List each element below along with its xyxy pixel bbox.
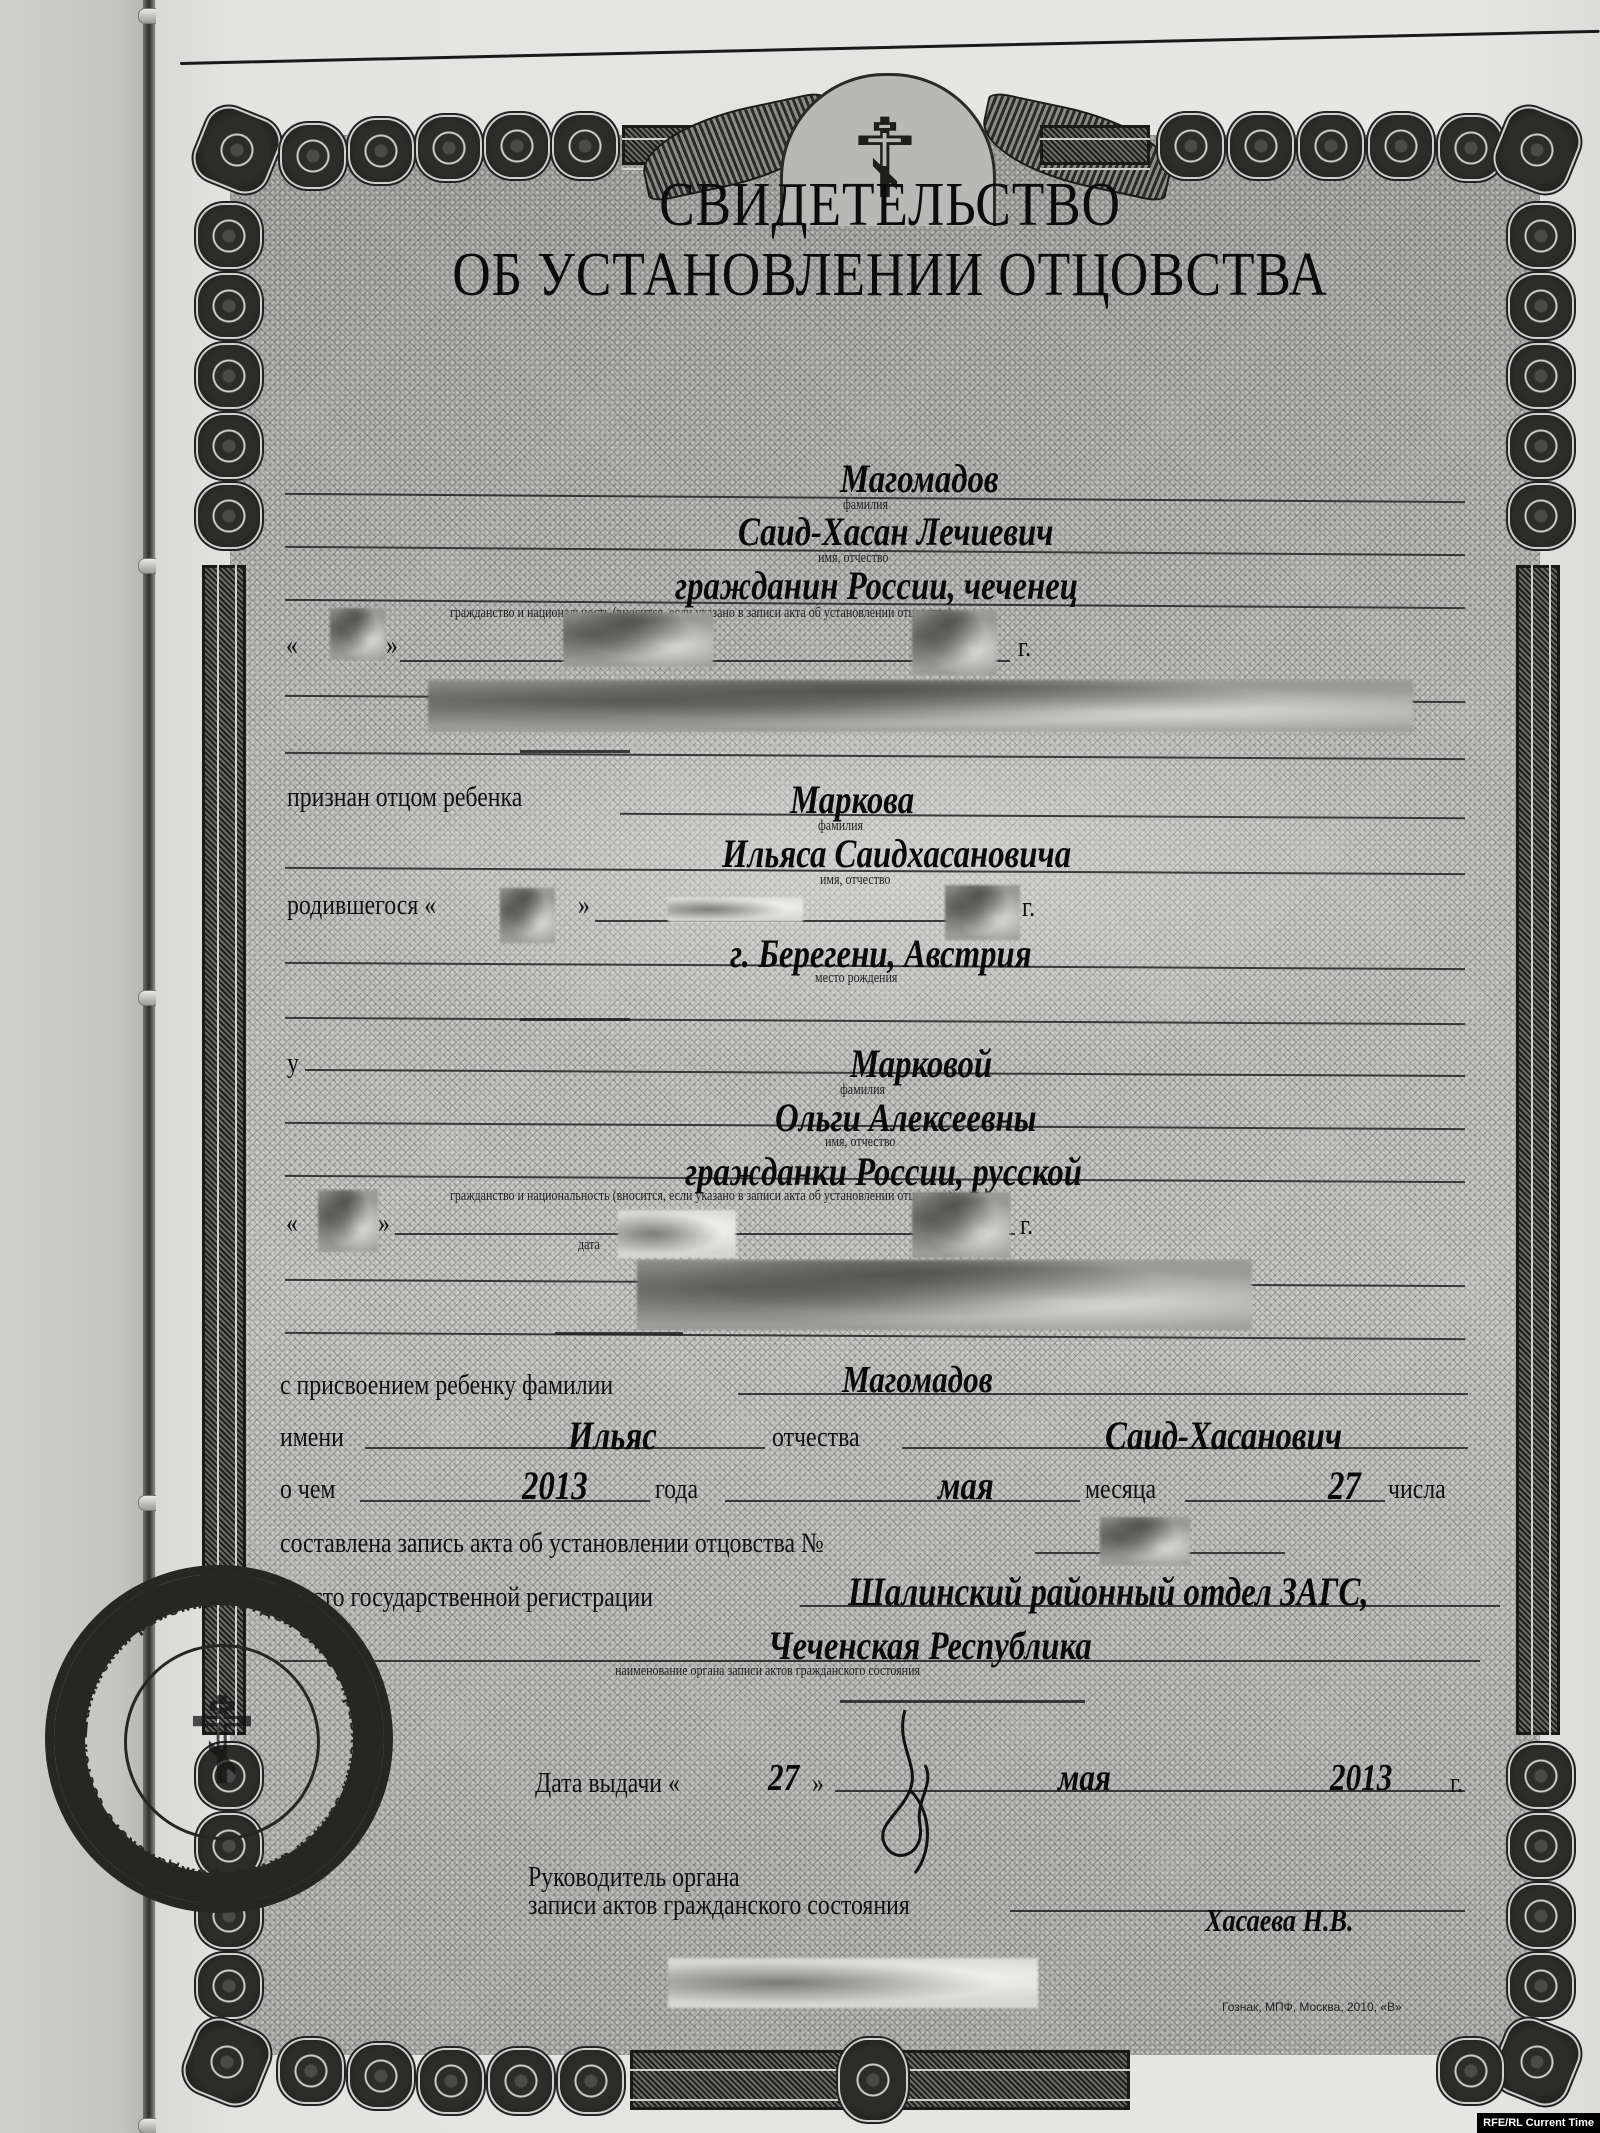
border-rosette-icon (560, 2050, 622, 2112)
record-about-label: о чем (280, 1474, 335, 1506)
record-place-caption: наименование органа записи актов граждан… (615, 1663, 920, 1680)
source-watermark: RFE/RL Current Time (1477, 2113, 1600, 2133)
issue-month: мая (1058, 1756, 1111, 1800)
separator-line (840, 1700, 1085, 1703)
issue-day: 27 (768, 1756, 799, 1800)
mother-name-patronymic: Ольги Алексеевны (775, 1094, 1037, 1141)
assign-name-label: имени (280, 1422, 344, 1454)
border-rosette-icon (1510, 1745, 1572, 1807)
record-entry-label: составлена запись акта об установлении о… (280, 1528, 824, 1560)
redacted-field (668, 897, 803, 922)
border-rosette-icon (1370, 115, 1432, 177)
border-rosette-icon (198, 485, 260, 547)
redacted-field (912, 610, 997, 675)
assign-surname-label: с присвоением ребенку фамилии (280, 1370, 613, 1402)
child-birth-place-caption: место рождения (815, 970, 897, 987)
father-birthdate-close-quote: » (386, 630, 398, 662)
head-name: Хасаева Н.В. (1205, 1902, 1354, 1939)
redacted-field (318, 1190, 378, 1252)
mother-birthdate-open-quote: « (286, 1208, 298, 1240)
handwritten-signature (865, 1705, 955, 1875)
issue-date-label: Дата выдачи « (535, 1768, 680, 1800)
father-birthdate-year-suffix: г. (1018, 632, 1031, 664)
border-rosette-icon (420, 2050, 482, 2112)
border-band (1516, 565, 1560, 1735)
father-surname: Магомадов (840, 455, 999, 502)
issue-year-suffix: г. (1450, 1768, 1463, 1800)
redacted-field (500, 888, 555, 943)
border-rosette-icon (1510, 1885, 1572, 1947)
redacted-field (428, 680, 1413, 732)
border-rosette-icon (486, 115, 548, 177)
father-citizenship: гражданин России, чеченец (675, 562, 1078, 609)
mother-birthdate-year-suffix: г. (1020, 1210, 1033, 1242)
border-medallion-icon (840, 2040, 906, 2120)
redacted-field (1100, 1517, 1190, 1565)
mother-from-label: у (287, 1048, 299, 1080)
border-rosette-icon (1160, 115, 1222, 177)
form-line (365, 1447, 765, 1449)
child-born-year-suffix: г. (1022, 892, 1035, 924)
child-name-caption: имя, отчество (820, 872, 890, 889)
father-birthdate-open-quote: « (286, 630, 298, 662)
recognized-label: признан отцом ребенка (287, 782, 522, 814)
border-rosette-icon (280, 2040, 342, 2102)
border-rosette-icon (198, 415, 260, 477)
stamp-eagle-icon: ☦ (124, 1644, 320, 1840)
border-rosette-icon (1300, 115, 1362, 177)
separator-line (555, 1332, 683, 1335)
child-born-label: родившегося « (287, 890, 436, 922)
redacted-field (618, 1210, 736, 1258)
father-name-patronymic: Саид-Хасан Лечиевич (738, 508, 1053, 555)
redacted-field (563, 612, 713, 667)
mother-birthdate-close-quote: » (378, 1208, 390, 1240)
border-rosette-icon (1230, 115, 1292, 177)
child-name-patronymic: Ильяса Саидхасановича (722, 830, 1071, 877)
border-rosette-icon (1510, 1955, 1572, 2017)
record-day: 27 (1328, 1462, 1361, 1509)
official-stamp: Шалинский районный отдел ЗАГС Управления… (45, 1565, 393, 1913)
form-line (360, 1500, 650, 1502)
record-month: мая (938, 1462, 994, 1509)
border-band (202, 565, 246, 1735)
redacted-field (330, 608, 385, 660)
border-rosette-icon (1510, 485, 1572, 547)
assign-surname: Магомадов (842, 1358, 993, 1402)
serial-number-redacted (668, 1958, 1038, 2008)
issue-close-quote: » (812, 1768, 824, 1800)
record-month-label: месяца (1085, 1474, 1156, 1506)
border-rosette-icon (490, 2050, 552, 2112)
record-place-line1: Шалинский районный отдел ЗАГС, (848, 1568, 1369, 1615)
certificate-title-line1: СВИДЕТЕЛЬСТВО (202, 170, 1578, 241)
head-label-line2: записи актов гражданского состояния (528, 1890, 910, 1922)
assign-name: Ильяс (568, 1412, 657, 1459)
border-rosette-icon (198, 345, 260, 407)
mother-date-caption: дата (578, 1237, 600, 1254)
record-year: 2013 (522, 1462, 588, 1509)
mother-citizenship-caption: гражданство и национальность (вносится, … (450, 1188, 952, 1205)
issue-year: 2013 (1330, 1756, 1392, 1800)
record-day-label: числа (1388, 1474, 1446, 1506)
assign-patronymic: Саид-Хасанович (1105, 1412, 1342, 1459)
border-band (1040, 125, 1150, 165)
border-rosette-icon (198, 1955, 260, 2017)
record-place-line2: Чеченская Республика (768, 1622, 1092, 1669)
form-line (725, 1500, 1080, 1502)
separator-line (520, 750, 630, 753)
record-year-label: года (655, 1474, 698, 1506)
border-rosette-icon (350, 2045, 412, 2107)
border-rosette-icon (554, 115, 616, 177)
assign-patronymic-label: отчества (772, 1422, 860, 1454)
child-born-close-quote: » (578, 890, 590, 922)
redacted-field (912, 1192, 1010, 1258)
mother-surname: Марковой (850, 1040, 992, 1087)
certificate-title-line2: ОБ УСТАНОВЛЕНИИ ОТЦОВСТВА (202, 240, 1578, 311)
redacted-field (637, 1260, 1252, 1330)
child-surname: Маркова (790, 776, 914, 823)
separator-line (520, 1018, 630, 1021)
border-rosette-icon (1440, 2040, 1502, 2102)
border-rosette-icon (1510, 415, 1572, 477)
border-rosette-icon (1510, 345, 1572, 407)
printer-imprint: Гознак, МПФ, Москва, 2010, «В» (1222, 2000, 1402, 2014)
border-rosette-icon (1510, 1815, 1572, 1877)
